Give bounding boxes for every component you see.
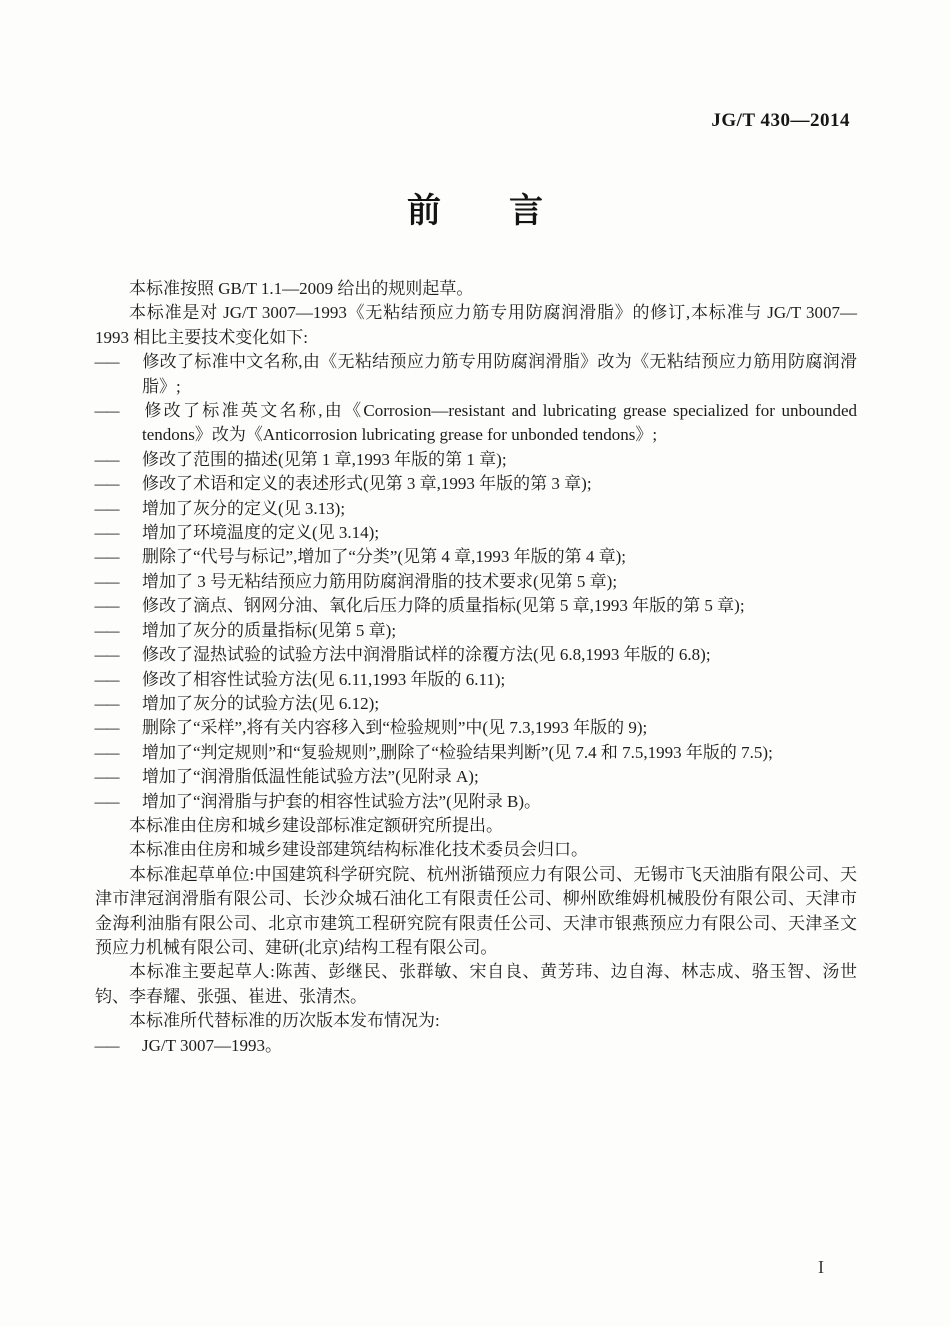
change-list-item: ——JG/T 3007—1993。	[115, 1034, 857, 1058]
dash-prefix: ——	[115, 448, 136, 472]
paragraph: 本标准按照 GB/T 1.1—2009 给出的规则起草。	[95, 277, 857, 301]
change-list-item: ——增加了灰分的定义(见 3.13);	[115, 497, 857, 521]
dash-prefix: ——	[115, 790, 136, 814]
paragraph-text: 本标准主要起草人:陈茜、彭继民、张群敏、宋自良、黄芳玮、边自海、林志成、骆玉智、…	[95, 962, 857, 1005]
paragraph-text: 修改了湿热试验的试验方法中润滑脂试样的涂覆方法(见 6.8,1993 年版的 6…	[142, 645, 711, 664]
change-list-item: ——增加了“润滑脂低温性能试验方法”(见附录 A);	[115, 765, 857, 789]
paragraph-text: 修改了标准英文名称,由《Corrosion—resistant and lubr…	[142, 401, 857, 444]
paragraph-text: 本标准是对 JG/T 3007—1993《无粘结预应力筋专用防腐润滑脂》的修订,…	[95, 303, 857, 346]
document-page: JG/T 430—2014 前 言 本标准按照 GB/T 1.1—2009 给出…	[0, 0, 950, 1327]
dash-prefix: ——	[115, 765, 136, 789]
dash-prefix: ——	[115, 570, 136, 594]
paragraph-text: 修改了术语和定义的表述形式(见第 3 章,1993 年版的第 3 章);	[142, 474, 592, 493]
paragraph-text: 增加了灰分的质量指标(见第 5 章);	[142, 621, 396, 640]
paragraph-text: 增加了 3 号无粘结预应力筋用防腐润滑脂的技术要求(见第 5 章);	[142, 572, 617, 591]
change-list-item: ——增加了 3 号无粘结预应力筋用防腐润滑脂的技术要求(见第 5 章);	[115, 570, 857, 594]
paragraph-text: 增加了灰分的定义(见 3.13);	[142, 499, 345, 518]
dash-prefix: ——	[115, 594, 136, 618]
change-list-item: ——删除了“采样”,将有关内容移入到“检验规则”中(见 7.3,1993 年版的…	[115, 716, 857, 740]
change-list-item: ——修改了标准英文名称,由《Corrosion—resistant and lu…	[115, 399, 857, 448]
paragraph: 本标准起草单位:中国建筑科学研究院、杭州浙锚预应力有限公司、无锡市飞天油脂有限公…	[95, 863, 857, 961]
dash-prefix: ——	[115, 643, 136, 667]
paragraph-text: 增加了“润滑脂低温性能试验方法”(见附录 A);	[142, 767, 479, 786]
paragraph-text: 删除了“采样”,将有关内容移入到“检验规则”中(见 7.3,1993 年版的 9…	[142, 718, 647, 737]
paragraph: 本标准主要起草人:陈茜、彭继民、张群敏、宋自良、黄芳玮、边自海、林志成、骆玉智、…	[95, 960, 857, 1009]
paragraph-text: 修改了相容性试验方法(见 6.11,1993 年版的 6.11);	[142, 670, 505, 689]
dash-prefix: ——	[115, 668, 136, 692]
paragraph-text: 增加了“润滑脂与护套的相容性试验方法”(见附录 B)。	[142, 792, 541, 811]
paragraph-text: 增加了环境温度的定义(见 3.14);	[142, 523, 379, 542]
dash-prefix: ——	[115, 692, 136, 716]
paragraph-text: 删除了“代号与标记”,增加了“分类”(见第 4 章,1993 年版的第 4 章)…	[142, 547, 626, 566]
change-list-item: ——增加了灰分的试验方法(见 6.12);	[115, 692, 857, 716]
paragraph: 本标准由住房和城乡建设部建筑结构标准化技术委员会归口。	[95, 838, 857, 862]
change-list-item: ——增加了“润滑脂与护套的相容性试验方法”(见附录 B)。	[115, 790, 857, 814]
paragraph: 本标准所代替标准的历次版本发布情况为:	[95, 1009, 857, 1033]
dash-prefix: ——	[115, 521, 136, 545]
content-area: 本标准按照 GB/T 1.1—2009 给出的规则起草。本标准是对 JG/T 3…	[95, 277, 857, 1058]
change-list-item: ——增加了灰分的质量指标(见第 5 章);	[115, 619, 857, 643]
paragraph-text: 修改了标准中文名称,由《无粘结预应力筋专用防腐润滑脂》改为《无粘结预应力筋用防腐…	[142, 352, 857, 395]
paragraph-text: 本标准起草单位:中国建筑科学研究院、杭州浙锚预应力有限公司、无锡市飞天油脂有限公…	[95, 865, 857, 957]
dash-prefix: ——	[115, 545, 136, 569]
dash-prefix: ——	[115, 619, 136, 643]
dash-prefix: ——	[115, 716, 136, 740]
paragraph-text: 修改了范围的描述(见第 1 章,1993 年版的第 1 章);	[142, 450, 507, 469]
dash-prefix: ——	[115, 1034, 136, 1058]
change-list-item: ——修改了标准中文名称,由《无粘结预应力筋专用防腐润滑脂》改为《无粘结预应力筋用…	[115, 350, 857, 399]
page-title: 前 言	[0, 183, 950, 232]
change-list-item: ——修改了湿热试验的试验方法中润滑脂试样的涂覆方法(见 6.8,1993 年版的…	[115, 643, 857, 667]
paragraph-text: 本标准由住房和城乡建设部标准定额研究所提出。	[129, 816, 503, 835]
paragraph-text: 增加了“判定规则”和“复验规则”,删除了“检验结果判断”(见 7.4 和 7.5…	[142, 743, 773, 762]
change-list-item: ——修改了滴点、钢网分油、氧化后压力降的质量指标(见第 5 章,1993 年版的…	[115, 594, 857, 618]
dash-prefix: ——	[115, 350, 136, 374]
change-list-item: ——增加了“判定规则”和“复验规则”,删除了“检验结果判断”(见 7.4 和 7…	[115, 741, 857, 765]
dash-prefix: ——	[115, 741, 136, 765]
paragraph-text: JG/T 3007—1993。	[142, 1036, 282, 1055]
paragraph-text: 修改了滴点、钢网分油、氧化后压力降的质量指标(见第 5 章,1993 年版的第 …	[142, 596, 745, 615]
change-list-item: ——增加了环境温度的定义(见 3.14);	[115, 521, 857, 545]
change-list-item: ——修改了相容性试验方法(见 6.11,1993 年版的 6.11);	[115, 668, 857, 692]
paragraph-text: 本标准按照 GB/T 1.1—2009 给出的规则起草。	[129, 279, 473, 298]
paragraph-text: 本标准所代替标准的历次版本发布情况为:	[129, 1011, 440, 1030]
change-list-item: ——修改了范围的描述(见第 1 章,1993 年版的第 1 章);	[115, 448, 857, 472]
standard-code: JG/T 430—2014	[711, 110, 850, 132]
paragraph: 本标准是对 JG/T 3007—1993《无粘结预应力筋专用防腐润滑脂》的修订,…	[95, 301, 857, 350]
dash-prefix: ——	[115, 472, 136, 496]
paragraph-text: 增加了灰分的试验方法(见 6.12);	[142, 694, 379, 713]
change-list-item: ——删除了“代号与标记”,增加了“分类”(见第 4 章,1993 年版的第 4 …	[115, 545, 857, 569]
paragraph-text: 本标准由住房和城乡建设部建筑结构标准化技术委员会归口。	[129, 840, 588, 859]
dash-prefix: ——	[115, 497, 136, 521]
page-number: I	[818, 1257, 824, 1278]
paragraph: 本标准由住房和城乡建设部标准定额研究所提出。	[95, 814, 857, 838]
change-list-item: ——修改了术语和定义的表述形式(见第 3 章,1993 年版的第 3 章);	[115, 472, 857, 496]
dash-prefix: ——	[115, 399, 136, 423]
